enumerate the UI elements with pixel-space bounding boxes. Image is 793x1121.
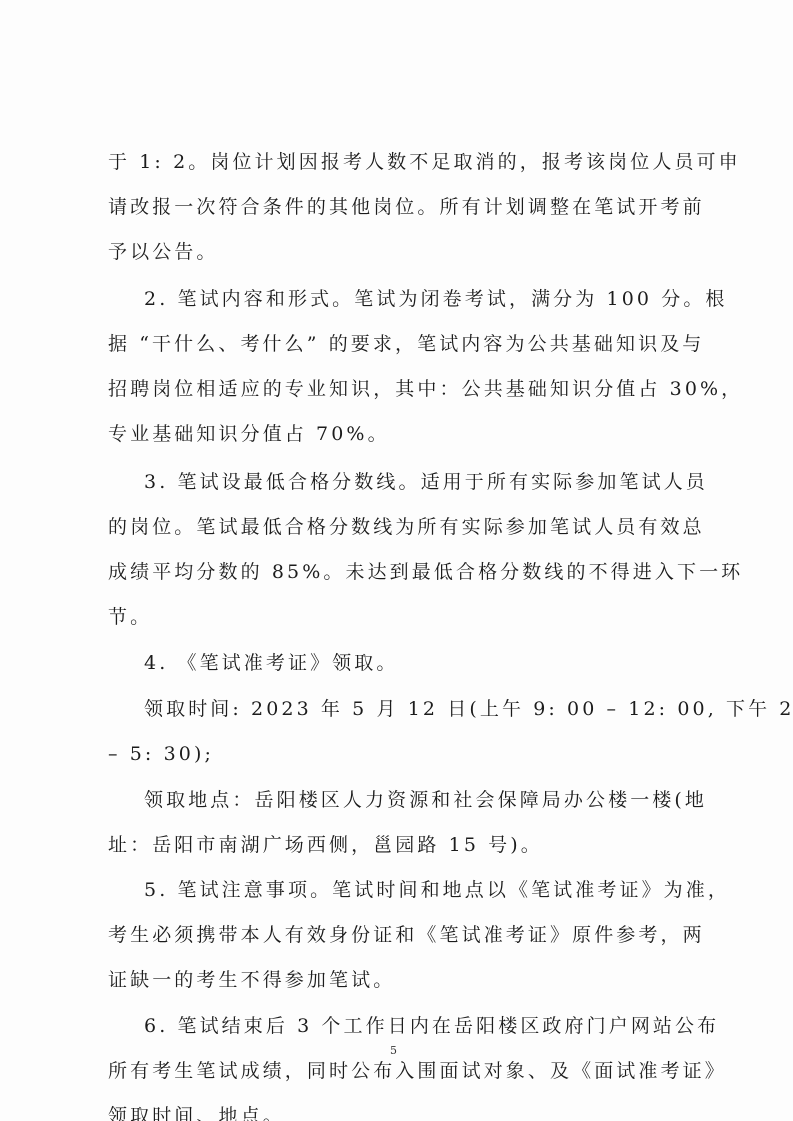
section-2-heading-line: 2. 笔试内容和形式。笔试为闭卷考试，满分为 100 分。根 <box>144 287 724 311</box>
text-line: 于 1: 2。岗位计划因报考人数不足取消的，报考该岗位人员可申 <box>108 150 688 174</box>
section-5-heading-line: 5. 笔试注意事项。笔试时间和地点以《笔试准考证》为准， <box>144 878 724 902</box>
text-line: 据 “干什么、考什么” 的要求，笔试内容为公共基础知识及与 <box>108 332 688 356</box>
section-4-heading-line: 4. 《笔试准考证》领取。 <box>144 651 724 675</box>
text-line: 领取时间、地点。 <box>108 1104 688 1121</box>
text-line: 专业基础知识分值占 70%。 <box>108 422 688 446</box>
text-line: 址：岳阳市南湖广场西侧，邕园路 15 号)。 <box>108 833 688 857</box>
text-line: 请改报一次符合条件的其他岗位。所有计划调整在笔试开考前 <box>108 195 688 219</box>
text-line: 招聘岗位相适应的专业知识，其中：公共基础知识分值占 30%， <box>108 377 688 401</box>
text-line: 予以公告。 <box>108 240 688 264</box>
text-line: 的岗位。笔试最低合格分数线为所有实际参加笔试人员有效总 <box>108 515 688 539</box>
document-page: 于 1: 2。岗位计划因报考人数不足取消的，报考该岗位人员可申 请改报一次符合条… <box>0 0 793 1121</box>
text-line: 考生必须携带本人有效身份证和《笔试准考证》原件参考，两 <box>108 923 688 947</box>
section-3-heading-line: 3. 笔试设最低合格分数线。适用于所有实际参加笔试人员 <box>144 470 724 494</box>
text-line: 节。 <box>108 605 688 629</box>
text-line: 证缺一的考生不得参加笔试。 <box>108 968 688 992</box>
text-line: 所有考生笔试成绩，同时公布入围面试对象、及《面试准考证》 <box>108 1059 688 1083</box>
pickup-time-line: 领取时间: 2023 年 5 月 12 日(上午 9: 00 – 12: 00,… <box>144 697 724 721</box>
pickup-location-line: 领取地点：岳阳楼区人力资源和社会保障局办公楼一楼(地 <box>144 788 724 812</box>
text-line: 成绩平均分数的 85%。未达到最低合格分数线的不得进入下一环 <box>108 560 688 584</box>
section-6-heading-line: 6. 笔试结束后 3 个工作日内在岳阳楼区政府门户网站公布 <box>144 1014 724 1038</box>
page-number: 5 <box>390 1044 397 1057</box>
text-line: – 5: 30); <box>108 742 688 766</box>
